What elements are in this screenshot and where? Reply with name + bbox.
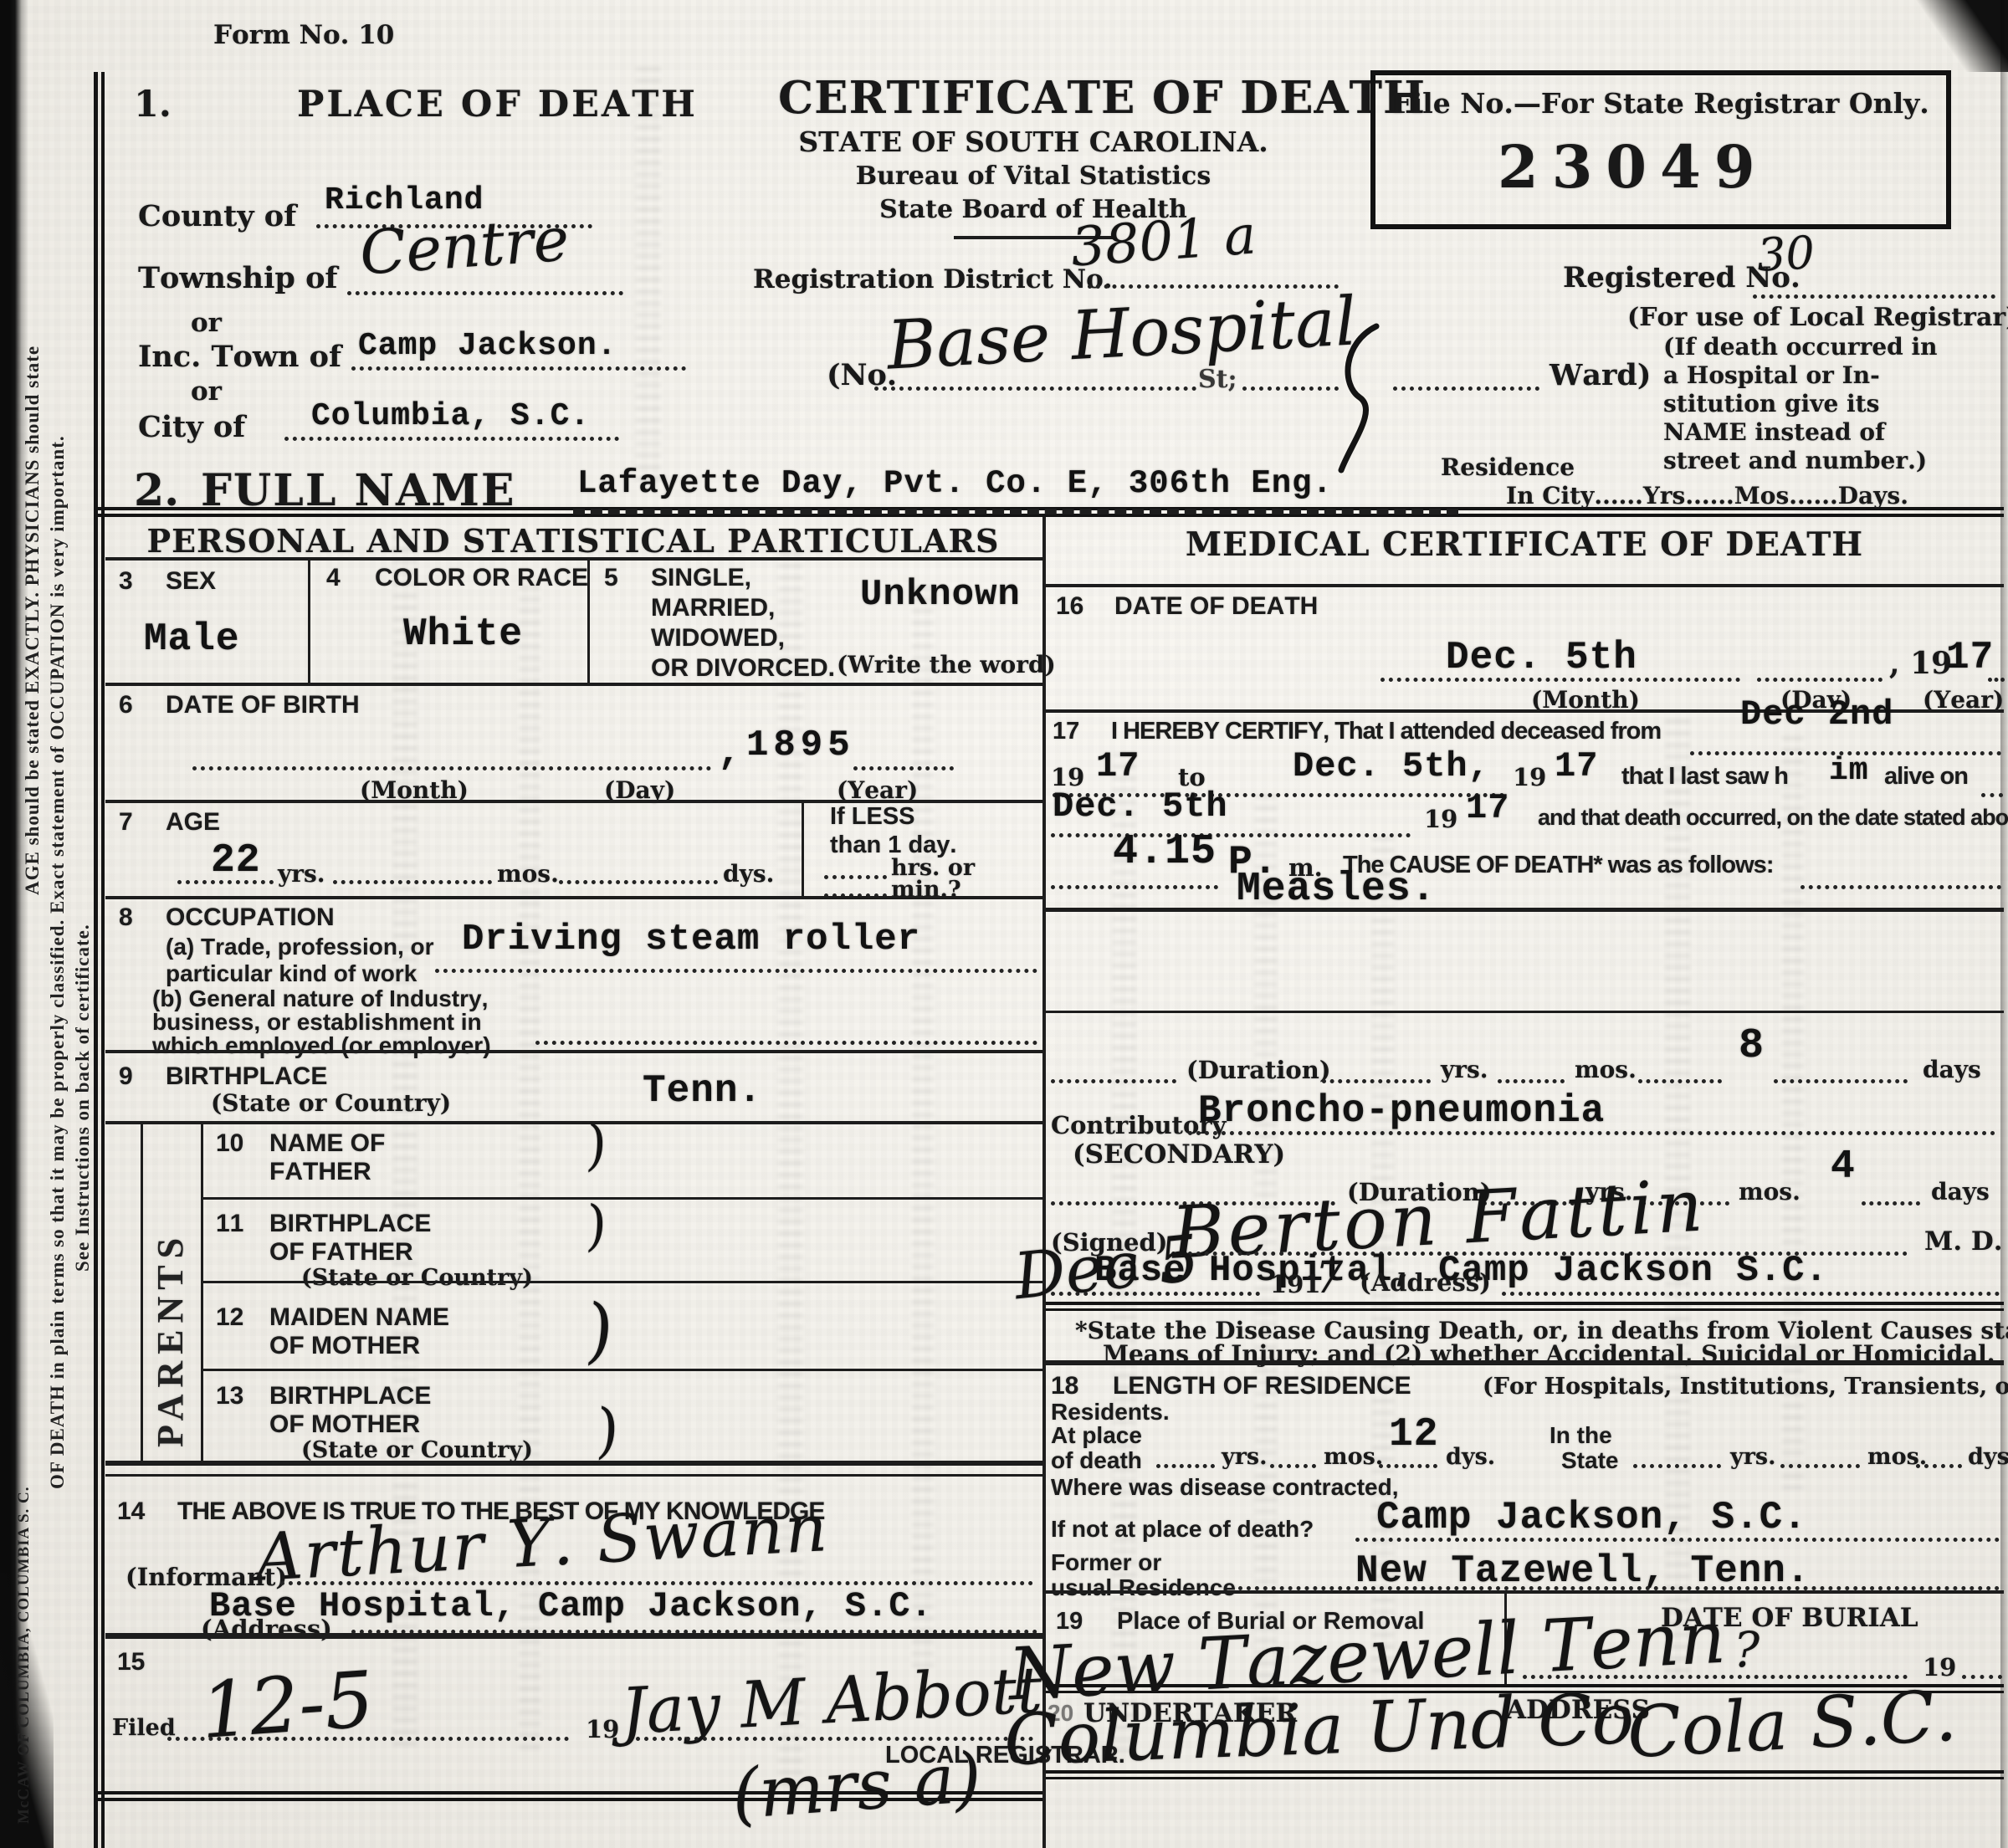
filed-year-prefix: 19: [586, 1715, 619, 1743]
mother-birthplace-label2: OF MOTHER: [269, 1410, 420, 1439]
ward-label: Ward): [1550, 358, 1651, 392]
registrar-signature: Jay M Abbott: [619, 1652, 1044, 1748]
signed-md-label: M. D.: [1924, 1226, 2003, 1257]
certify-year3: 17: [1466, 788, 1509, 828]
certify-line3: and that death occurred, on the date sta…: [1538, 805, 2008, 831]
signed-address-label: (Address): [1360, 1268, 1491, 1297]
form-number: Form No. 10: [213, 20, 394, 50]
at-place-dys-value: 12: [1389, 1412, 1439, 1457]
dob-label: DATE OF BIRTH: [166, 691, 360, 719]
dotted-line: [1633, 1464, 1721, 1468]
rule: [201, 1281, 1042, 1283]
signed-date-value: Dec 5: [1011, 1221, 1202, 1314]
dotted-line: [1498, 1079, 1565, 1083]
place-section-number: 1.: [134, 84, 172, 125]
dod-year-value: 17: [1946, 636, 1994, 679]
in-state-yrs: yrs.: [1730, 1444, 1776, 1470]
parents-label: PARENTS: [149, 1146, 192, 1447]
marital-note: (Write the word): [837, 651, 1056, 678]
mother-name-label2: OF MOTHER: [269, 1332, 420, 1360]
marital-option: SINGLE,: [651, 564, 751, 592]
dob-year-value: 1895: [746, 724, 855, 766]
ghost-streak: [912, 586, 934, 1673]
dotted-line: [1051, 885, 1218, 889]
rule: [105, 896, 1042, 899]
certify-year1: 17: [1096, 746, 1140, 786]
mother-birthplace-number: 13: [216, 1382, 243, 1410]
dotted-line: [1981, 793, 2003, 797]
occupation-a-label2: particular kind of work: [166, 960, 417, 987]
registered-no-value: 30: [1755, 226, 1816, 282]
age-mos-label: mos.: [497, 860, 559, 888]
left-column-title: PERSONAL AND STATISTICAL PARTICULARS: [109, 522, 1037, 560]
full-name-number: 2.: [134, 465, 179, 516]
father-name-label: NAME OF: [269, 1129, 385, 1158]
township-label: Township of: [138, 261, 337, 295]
rule: [201, 1197, 1042, 1200]
sex-value: Male: [144, 617, 239, 661]
contracted-label: Where was disease contracted,: [1051, 1474, 1399, 1501]
dotted-line: [177, 880, 274, 884]
undertaker-address-value: Cola S.C.: [1626, 1675, 1959, 1774]
dotted-line: [1355, 1538, 2000, 1542]
rule: [105, 1121, 1042, 1124]
cell-divider: [587, 559, 590, 683]
file-box-label: File No.—For State Registrar Only.: [1380, 87, 1941, 120]
marital-value: Unknown: [860, 574, 1021, 616]
mother-birthplace-sub: (State or Country): [301, 1437, 533, 1463]
sex-label: SEX: [166, 567, 216, 596]
dotted-line: [167, 1737, 569, 1741]
at-place-dys: dys.: [1446, 1444, 1495, 1470]
at-place-label2: of death: [1051, 1447, 1142, 1474]
ifnot-value: Camp Jackson, S.C.: [1376, 1496, 1807, 1539]
father-birthplace-number: 11: [216, 1210, 243, 1238]
marital-number: 5: [604, 564, 618, 592]
dotted-line: [1962, 1675, 2002, 1679]
father-birthplace-mark: ): [581, 1194, 611, 1258]
duration1-label: (Duration): [1186, 1056, 1331, 1084]
race-value: White: [403, 612, 523, 656]
at-place-mos: mos.: [1324, 1444, 1383, 1470]
mother-birthplace-label: BIRTHPLACE: [269, 1382, 431, 1410]
father-birthplace-label2: OF FATHER: [269, 1238, 413, 1267]
double-rule: [1046, 1302, 2004, 1311]
residence18-label: LENGTH OF RESIDENCE: [1113, 1372, 1411, 1400]
hospital-note-line: stitution give its: [1663, 390, 1879, 417]
at-place-yrs: yrs.: [1222, 1444, 1268, 1470]
certify-19b: 19: [1513, 763, 1546, 791]
certify-number: 17: [1053, 718, 1079, 745]
county-label: County of: [138, 199, 296, 233]
mother-birthplace-mark: ): [591, 1394, 622, 1465]
dotted-line: [351, 366, 686, 371]
mother-name-label: MAIDEN NAME: [269, 1303, 449, 1332]
in-state-label: In the: [1550, 1422, 1612, 1449]
certify-to-value: Dec. 5th,: [1293, 746, 1490, 786]
race-label: COLOR OR RACE: [375, 564, 588, 592]
inc-town-value: Camp Jackson.: [358, 328, 617, 364]
registrar-use-note: (For use of Local Registrar): [1627, 303, 2008, 332]
dotted-line: [559, 880, 718, 884]
certify-line2: that I last saw h: [1621, 763, 1788, 791]
birthplace-label: BIRTHPLACE: [166, 1062, 327, 1091]
duration2-days: days: [1931, 1178, 1990, 1206]
birthplace-sub-label: (State or Country): [211, 1089, 451, 1117]
certificate-bureau: Bureau of Vital Statistics: [778, 161, 1288, 191]
township-value: Centre: [357, 203, 571, 288]
contributory-value: Broncho-pneumonia: [1198, 1089, 1605, 1133]
signed-year-value: 7: [1315, 1253, 1343, 1303]
birthplace-value: Tenn.: [643, 1069, 762, 1113]
parents-box-line: [141, 1124, 143, 1461]
dotted-line: [280, 1581, 1033, 1585]
heavy-rule: [1046, 908, 2004, 912]
residence-line: In City......Yrs......Mos......Days.: [1506, 482, 1908, 509]
dotted-line: [192, 766, 711, 770]
dotted-line: [1774, 1079, 1908, 1083]
age-value: 22: [211, 838, 261, 883]
dob-number: 6: [119, 691, 133, 719]
certify-year2: 17: [1555, 746, 1598, 786]
occupation-a-label: (a) Trade, profession, or: [166, 934, 434, 960]
hospital-note-line: (If death occurred in: [1663, 333, 1937, 361]
dotted-line: [1379, 1464, 1437, 1468]
dotted-line: [1780, 1464, 1860, 1468]
dotted-line: [333, 880, 492, 884]
certify-from-value: Dec 2nd: [1740, 694, 1893, 735]
parents-box-line: [201, 1124, 203, 1461]
dotted-line: [874, 386, 1196, 391]
city-value: Columbia, S.C.: [311, 398, 590, 434]
dotted-line: [1051, 1292, 1260, 1296]
death-certificate-scan: AGE should be stated EXACTLY. PHYSICIANS…: [0, 0, 2008, 1848]
duration2-days-value: 4: [1831, 1144, 1856, 1190]
former-residence-label: Former or: [1051, 1549, 1161, 1576]
dotted-line: [1757, 678, 1882, 682]
hospital-note-line: street and number.): [1663, 447, 1927, 474]
dob-comma: ,: [718, 731, 742, 775]
dotted-line: [284, 437, 619, 441]
dotted-line: [853, 766, 954, 770]
heavy-rule: [105, 1461, 1042, 1466]
registrar-note-value: (mrs a): [730, 1738, 984, 1835]
dotted-line: [824, 875, 887, 879]
residence18-note1: (For Hospitals, Institutions, Transients…: [1483, 1374, 2008, 1400]
dotted-line: [435, 969, 1037, 973]
place-section-title: PLACE OF DEATH: [297, 84, 698, 125]
file-number: 23049: [1498, 132, 1769, 202]
age-label: AGE: [166, 808, 220, 837]
father-birthplace-sub: (State or Country): [301, 1265, 533, 1291]
inc-town-label: Inc. Town of: [138, 340, 341, 374]
full-name-label: FULL NAME: [201, 465, 516, 516]
rule: [105, 1050, 1042, 1053]
age-dys-label: dys.: [723, 860, 774, 888]
duration1-yrs: yrs.: [1441, 1056, 1488, 1083]
heavy-rule: [1046, 1360, 2004, 1365]
former-residence-label2: usual Residence: [1051, 1574, 1236, 1601]
cell-divider: [802, 801, 804, 896]
dotted-line: [1156, 1464, 1215, 1468]
certify-lastsaw-value: Dec. 5th: [1053, 786, 1228, 827]
certify-time-value: 4.15: [1113, 828, 1217, 876]
hospital-note-line: a Hospital or In-: [1663, 361, 1880, 389]
occupation-b-label3: which employed (or employer): [152, 1032, 491, 1059]
or-label: or: [191, 308, 222, 338]
rule: [1046, 584, 2004, 587]
rule: [105, 557, 1042, 561]
occupation-number: 8: [119, 904, 133, 932]
ifnot-label: If not at place of death?: [1051, 1516, 1314, 1543]
dod-year-prefix: , 19: [1889, 646, 1952, 681]
dotted-line: [1753, 294, 1995, 299]
birthplace-number: 9: [119, 1062, 133, 1091]
dotted-line: [1380, 678, 1740, 682]
dotted-line: [1988, 678, 2005, 682]
double-rule: [1046, 1770, 2004, 1779]
rule: [201, 1369, 1042, 1371]
marital-option: MARRIED,: [651, 594, 775, 622]
occupation-label: OCCUPATION: [166, 904, 335, 932]
dotted-line: [1502, 1292, 2000, 1296]
filed-label: Filed: [112, 1715, 176, 1741]
dotted-line: [1270, 1464, 1316, 1468]
duration2-mos: mos.: [1739, 1178, 1801, 1206]
dotted-line: [347, 291, 623, 295]
hospital-note-line: NAME instead of: [1663, 418, 1885, 446]
or-label: or: [191, 376, 222, 407]
certify-19c: 19: [1424, 805, 1457, 833]
race-number: 4: [326, 564, 341, 592]
reg-district-label: Registration District No.: [753, 264, 1113, 294]
father-name-number: 10: [216, 1129, 243, 1158]
certificate-title: CERTIFICATE OF DEATH: [778, 72, 1288, 124]
dotted-line: [1638, 1079, 1722, 1083]
certify-line2b: alive on: [1884, 763, 1968, 791]
truth-number: 14: [117, 1497, 145, 1526]
dotted-line: [1862, 1201, 1920, 1206]
dod-label: DATE OF DEATH: [1114, 592, 1318, 621]
marital-option: WIDOWED,: [651, 624, 785, 653]
filed-number: 15: [117, 1648, 145, 1677]
marital-option: OR DIVORCED.: [651, 654, 835, 683]
burial-date-value: ?: [1734, 1621, 1760, 1678]
dotted-line: [535, 1041, 1037, 1045]
duration1-days-value: 8: [1739, 1022, 1765, 1070]
rule: [1046, 1590, 2004, 1594]
cell-divider: [308, 559, 310, 683]
dod-number: 16: [1056, 592, 1083, 621]
street-st-label: St;: [1198, 365, 1237, 394]
mother-name-number: 12: [216, 1303, 243, 1332]
reg-district-value: 3801 a: [1069, 204, 1258, 279]
city-label: City of: [138, 410, 245, 444]
right-column-title: MEDICAL CERTIFICATE OF DEATH: [1048, 525, 2001, 564]
at-place-label: At place: [1051, 1422, 1142, 1449]
printer-credit: McCAW OF COLUMBIA, COLUMBIA S. C.: [15, 1372, 33, 1824]
secondary-label: (SECONDARY): [1073, 1139, 1285, 1170]
certify-line1: I HEREBY CERTIFY, That I attended deceas…: [1111, 718, 1661, 745]
father-birthplace-label: BIRTHPLACE: [269, 1210, 431, 1238]
occupation-a-value: Driving steam roller: [462, 919, 920, 960]
left-double-border: [94, 72, 105, 1848]
father-name-label2: FATHER: [269, 1158, 371, 1186]
age-number: 7: [119, 808, 133, 837]
certificate-state: STATE OF SOUTH CAROLINA.: [778, 125, 1288, 158]
rule: [105, 1474, 1042, 1477]
dotted-line: [1801, 885, 2001, 889]
margin-note-instructions: See Instructions on back of certificate.: [72, 736, 94, 1272]
dotted-line: [1322, 1079, 1431, 1083]
dod-value: Dec. 5th: [1446, 636, 1637, 679]
rule: [105, 683, 1042, 686]
signed-year-prefix: 191: [1270, 1270, 1321, 1298]
street-value: Base Hospital: [885, 282, 1359, 384]
duration1-mos: mos.: [1575, 1056, 1637, 1083]
margin-note-cause: OF DEATH in plain terms so that it may b…: [47, 184, 69, 1489]
in-state-label2: State: [1561, 1447, 1618, 1474]
certify-im-value: im: [1829, 753, 1869, 789]
residence18-number: 18: [1051, 1372, 1078, 1400]
residence-label: Residence: [1441, 453, 1575, 481]
duration1-days: days: [1923, 1056, 1981, 1083]
dotted-line: [1393, 386, 1539, 391]
dotted-line: [1242, 386, 1339, 391]
rule: [1046, 1011, 2004, 1013]
dotted-line: [1051, 1079, 1176, 1083]
dotted-line: [1916, 1464, 1962, 1468]
scan-edge-right: [2000, 0, 2008, 1848]
margin-note-age: AGE should be stated EXACTLY. PHYSICIANS…: [22, 159, 44, 895]
sex-number: 3: [119, 567, 133, 596]
bottom-double-rule: [94, 1791, 1042, 1801]
age-less-label: If LESS: [830, 803, 915, 831]
mother-name-mark: ): [581, 1287, 617, 1372]
in-state-dys: dys.: [1968, 1444, 2008, 1470]
ghost-streak: [636, 67, 661, 485]
dotted-line: [1188, 1131, 1995, 1135]
cause-of-death-value: Measles.: [1237, 867, 1436, 912]
ink-flourish: [1326, 318, 1401, 477]
dashed-line: [573, 509, 1458, 514]
full-name-value: Lafayette Day, Pvt. Co. E, 306th Eng.: [577, 465, 1333, 502]
heavy-rule: [105, 1633, 1042, 1639]
scan-edge-top-right: [1909, 0, 2008, 72]
dotted-line: [1051, 833, 1411, 837]
age-yrs-label: yrs.: [278, 860, 325, 888]
